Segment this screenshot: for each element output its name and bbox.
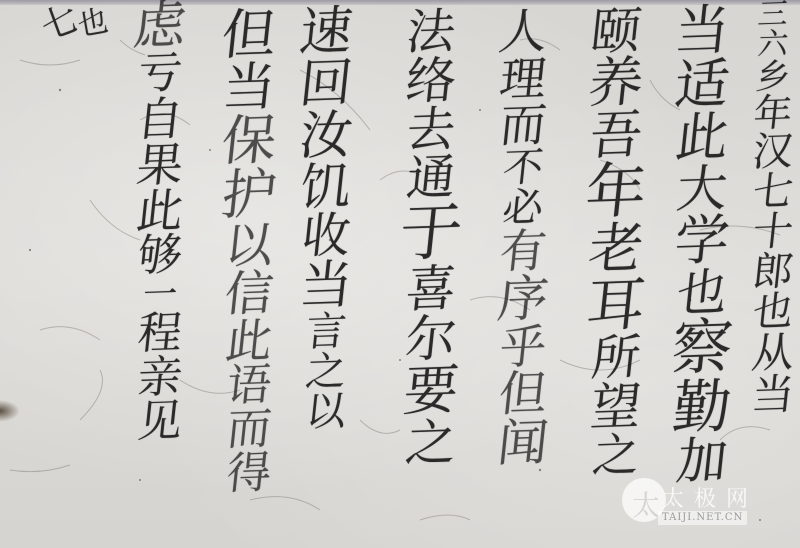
glyph: 当 xyxy=(672,3,732,59)
watermark-url: TAIJI.NET.CN xyxy=(658,511,747,525)
glyph: 也 xyxy=(751,291,795,332)
glyph: 而 xyxy=(497,101,548,149)
glyph: 当 xyxy=(750,373,797,416)
glyph: 之 xyxy=(403,417,458,469)
glyph: 不 xyxy=(501,147,545,188)
glyph: 人 xyxy=(496,7,549,57)
text-column-6: 速 回 汝 饥 收 当 言 之 以 xyxy=(300,6,352,432)
glyph: 以 xyxy=(222,221,275,271)
glyph: 当 xyxy=(220,61,278,115)
glyph: 郎 xyxy=(751,251,795,292)
glyph: 养 xyxy=(586,55,646,111)
glyph: 回 xyxy=(297,57,355,111)
glyph: 收 xyxy=(299,211,352,261)
glyph: 络 xyxy=(403,55,458,107)
glyph: 以 xyxy=(304,391,348,432)
glyph: 够 xyxy=(136,233,185,279)
glyph: 见 xyxy=(136,399,185,445)
glyph: 勤 xyxy=(670,377,734,437)
glyph: 也 xyxy=(76,7,111,42)
glyph: 果 xyxy=(134,141,185,189)
glyph: 耳 xyxy=(584,275,648,335)
glyph: 虑 xyxy=(131,0,189,53)
glyph: 乡 xyxy=(754,59,792,94)
ink-stain xyxy=(0,400,20,422)
glyph: 序 xyxy=(495,273,550,325)
glyph: 必 xyxy=(501,187,545,228)
watermark-title: 太极网 xyxy=(662,482,758,513)
glyph: 速 xyxy=(297,5,355,59)
text-column-7: 但 当 保 护 以 信 此 语 而 得 xyxy=(222,8,276,496)
glyph: 信 xyxy=(222,269,275,319)
glyph: 尔 xyxy=(403,313,458,365)
glyph: 要 xyxy=(401,363,461,419)
glyph: 也 xyxy=(674,267,729,319)
glyph: 老 xyxy=(586,221,646,277)
glyph: 饥 xyxy=(298,161,353,213)
glyph: 程 xyxy=(136,311,185,357)
glyph: 汝 xyxy=(297,109,355,163)
glyph: 适 xyxy=(672,57,732,113)
glyph: 但 xyxy=(496,369,549,419)
text-column-8: 虑 亏 自 果 此 够 一 程 亲 见 xyxy=(134,0,186,444)
text-column-2: 当 适 此 大 学 也 察 勤 加 xyxy=(672,4,732,486)
glyph: 得 xyxy=(225,451,274,497)
glyph: 从 xyxy=(750,331,797,374)
glyph: 察 xyxy=(669,317,736,379)
glyph: 之 xyxy=(304,351,348,392)
site-watermark: 太 太极网 TAIJI.NET.CN xyxy=(622,478,772,528)
glyph: 亲 xyxy=(136,355,185,401)
glyph: 颐 xyxy=(588,5,643,57)
glyph: 七 xyxy=(751,171,795,212)
glyph: 亏 xyxy=(136,51,185,97)
glyph: 而 xyxy=(225,407,274,453)
glyph: 学 xyxy=(672,213,732,269)
glyph: 闻 xyxy=(495,417,550,469)
glyph: 有 xyxy=(497,227,548,275)
glyph: 年 xyxy=(583,161,650,223)
glyph: 此 xyxy=(223,317,274,365)
glyph: 于 xyxy=(397,201,466,265)
glyph: 此 xyxy=(134,187,185,235)
text-column-5: 法 络 去 通 于 喜 尔 要 之 xyxy=(400,8,462,468)
glyph: 但 xyxy=(219,7,279,63)
text-column-4: 人 理 而 不 必 有 序 乎 但 闻 xyxy=(498,8,548,468)
glyph: 大 xyxy=(674,163,729,215)
glyph: 自 xyxy=(134,95,185,143)
glyph: 吾 xyxy=(587,109,645,163)
glyph: 语 xyxy=(225,363,274,409)
glyph: 言 xyxy=(304,311,348,352)
glyph: 保 xyxy=(219,113,279,169)
glyph: 汉 xyxy=(751,131,795,172)
glyph: 当 xyxy=(297,259,355,313)
text-column-9: 七 也 xyxy=(42,6,108,42)
glyph: 喜 xyxy=(403,263,458,315)
glyph: 法 xyxy=(404,7,457,57)
glyph: 此 xyxy=(673,111,731,165)
glyph: 乎 xyxy=(497,323,548,371)
glyph: 去 xyxy=(404,105,457,155)
glyph: 护 xyxy=(219,167,279,223)
text-column-1: 三 六 乡 年 汉 七 十 郎 也 从 当 xyxy=(752,0,794,416)
glyph: 之 xyxy=(590,431,641,479)
calligraphy-sheet: 三 六 乡 年 汉 七 十 郎 也 从 当 当 适 此 大 学 也 察 勤 加 … xyxy=(0,0,800,548)
glyph: 年 xyxy=(752,93,794,132)
text-column-3: 颐 养 吾 年 老 耳 所 望 之 xyxy=(586,6,646,478)
glyph: 理 xyxy=(497,55,548,103)
glyph: 望 xyxy=(588,381,643,433)
glyph: 所 xyxy=(589,333,642,383)
glyph: 十 xyxy=(751,211,795,252)
